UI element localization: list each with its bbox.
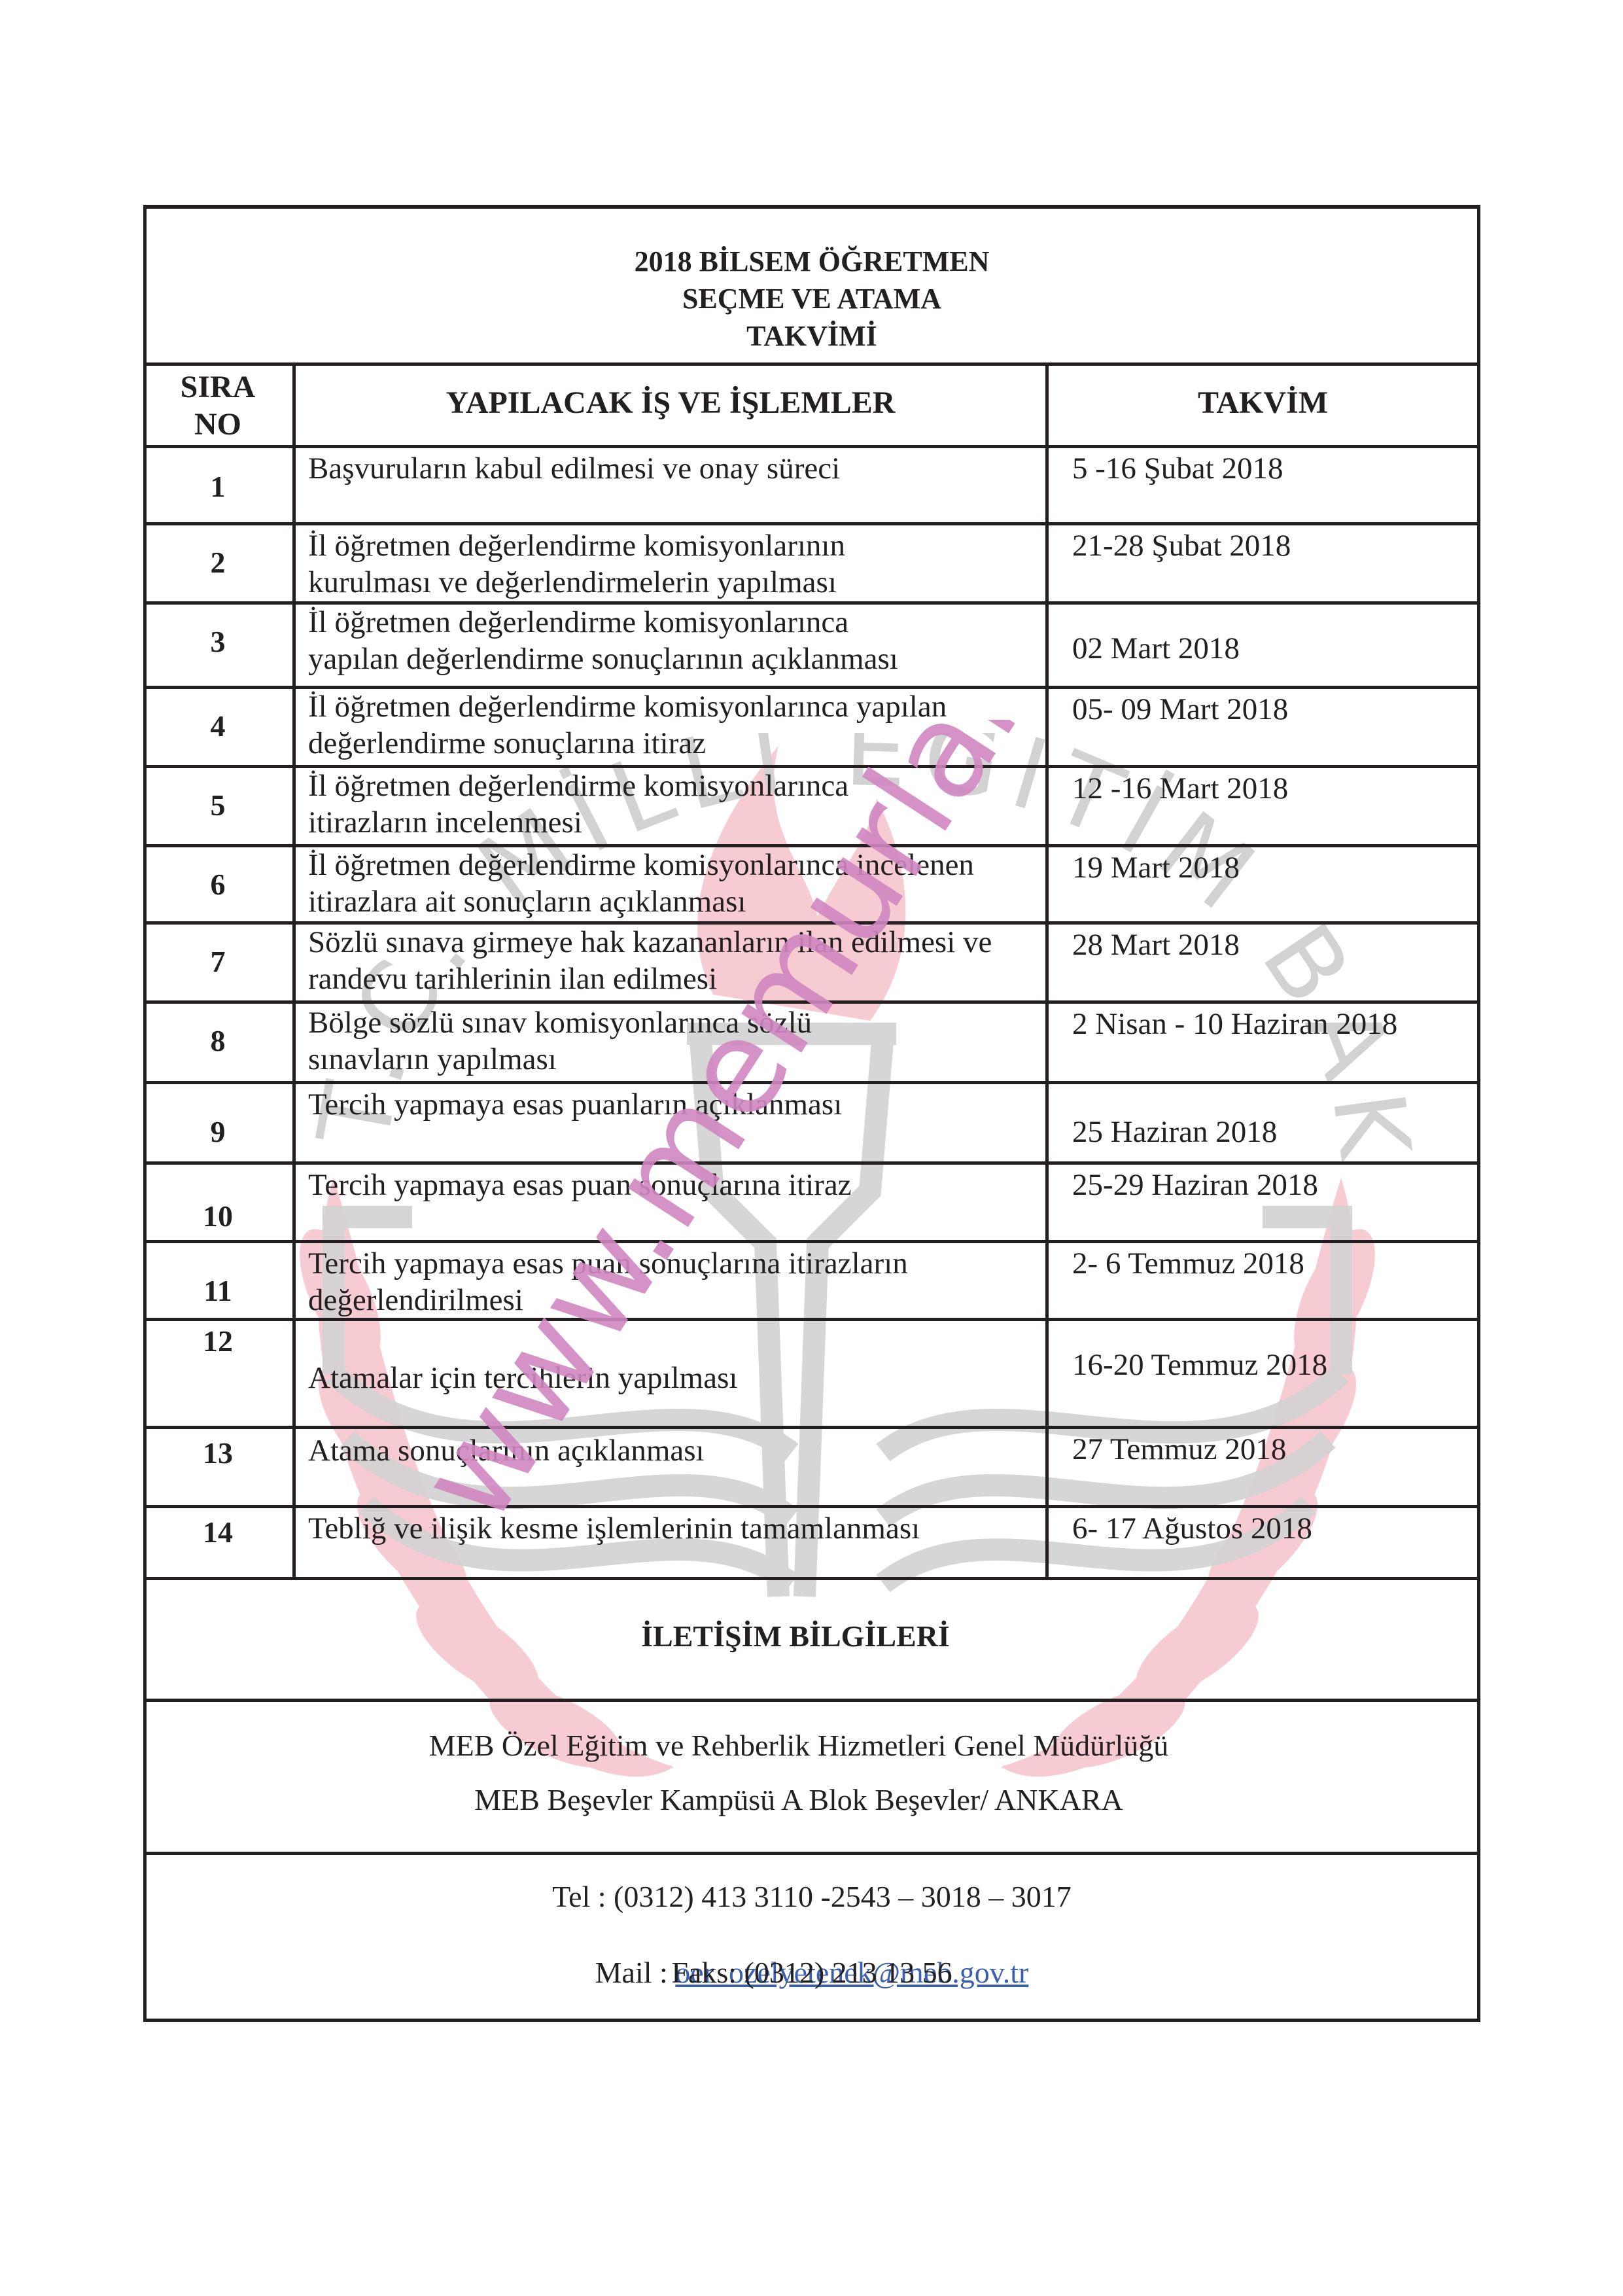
row-date: 2 Nisan - 10 Haziran 2018: [1072, 1006, 1478, 1042]
row-task: Tebliğ ve ilişik kesme işlemlerinin tama…: [308, 1510, 1044, 1547]
contact-address: MEB Beşevler Kampüsü A Blok Beşevler/ AN…: [130, 1782, 1467, 1818]
row-date: 02 Mart 2018: [1072, 630, 1478, 667]
row-date: 05- 09 Mart 2018: [1072, 691, 1478, 728]
row-task: Başvuruların kabul edilmesi ve onay süre…: [308, 450, 1044, 487]
row-task: Bölge sözlü sınav komisyonlarınca sözlü …: [308, 1004, 1044, 1078]
row-number: 8: [143, 1023, 292, 1059]
contact-tel: Tel : (0312) 413 3110 -2543 – 3018 – 301…: [143, 1878, 1480, 1916]
row-date: 25 Haziran 2018: [1072, 1114, 1478, 1150]
row-date: 25-29 Haziran 2018: [1072, 1167, 1478, 1203]
row-date: 2- 6 Temmuz 2018: [1072, 1245, 1478, 1282]
contact-fax: Faks: (0312) 213 13 56: [143, 1954, 1480, 1992]
row-number: 12: [143, 1323, 292, 1360]
row-task: İl öğretmen değerlendirme komisyonlarını…: [308, 527, 1044, 601]
row-task: Atamalar için tercihlerin yapılması: [308, 1360, 1044, 1396]
row-number: 14: [143, 1514, 292, 1551]
row-number: 10: [143, 1198, 292, 1235]
column-header-task: YAPILACAK İŞ VE İŞLEMLER: [296, 385, 1045, 421]
row-date: 27 Temmuz 2018: [1072, 1431, 1478, 1468]
row-number: 11: [143, 1273, 292, 1309]
row-number: 13: [143, 1435, 292, 1472]
row-number: 3: [143, 624, 292, 660]
row-task: İl öğretmen değerlendirme komisyonlarınc…: [308, 847, 1044, 920]
row-number: 6: [143, 866, 292, 903]
title-line-2: SEÇME VE ATAMA: [143, 280, 1480, 317]
row-number: 5: [143, 787, 292, 824]
row-task: İl öğretmen değerlendirme komisyonlarınc…: [308, 768, 1044, 841]
row-task: Tercih yapmaya esas puan sonuçlarına iti…: [308, 1167, 1044, 1203]
row-date: 12 -16 Mart 2018: [1072, 770, 1478, 807]
row-task: Sözlü sınava girmeye hak kazananların il…: [308, 924, 1044, 997]
contact-heading: İLETİŞİM BİLGİLERİ: [127, 1618, 1464, 1655]
row-task: Tercih yapmaya esas puan sonuçlarına iti…: [308, 1245, 1044, 1318]
column-header-date: TAKVİM: [1049, 385, 1477, 421]
row-date: 16-20 Temmuz 2018: [1072, 1347, 1478, 1383]
row-date: 21-28 Şubat 2018: [1072, 527, 1478, 564]
row-task: Atama sonuçlarının açıklanması: [308, 1432, 1044, 1469]
document-title: 2018 BİLSEM ÖĞRETMEN SEÇME VE ATAMA TAKV…: [143, 243, 1480, 355]
row-number: 1: [143, 468, 292, 505]
row-date: 5 -16 Şubat 2018: [1072, 450, 1478, 487]
title-line-1: 2018 BİLSEM ÖĞRETMEN: [143, 243, 1480, 280]
row-date: 6- 17 Ağustos 2018: [1072, 1510, 1478, 1547]
row-number: 7: [143, 944, 292, 980]
row-date: 28 Mart 2018: [1072, 927, 1478, 963]
row-number: 9: [143, 1114, 292, 1150]
contact-org: MEB Özel Eğitim ve Rehberlik Hizmetleri …: [130, 1727, 1467, 1764]
row-task: İl öğretmen değerlendirme komisyonlarınc…: [308, 688, 1044, 762]
row-task: Tercih yapmaya esas puanların açıklanmas…: [308, 1086, 1044, 1123]
row-number: 4: [143, 708, 292, 745]
column-header-no: SIRA NO: [143, 368, 292, 443]
row-number: 2: [143, 544, 292, 581]
schedule-table: 2018 BİLSEM ÖĞRETMEN SEÇME VE ATAMA TAKV…: [143, 205, 1480, 2021]
title-line-3: TAKVİMİ: [143, 317, 1480, 355]
row-task: İl öğretmen değerlendirme komisyonlarınc…: [308, 604, 1044, 677]
row-date: 19 Mart 2018: [1072, 849, 1478, 886]
